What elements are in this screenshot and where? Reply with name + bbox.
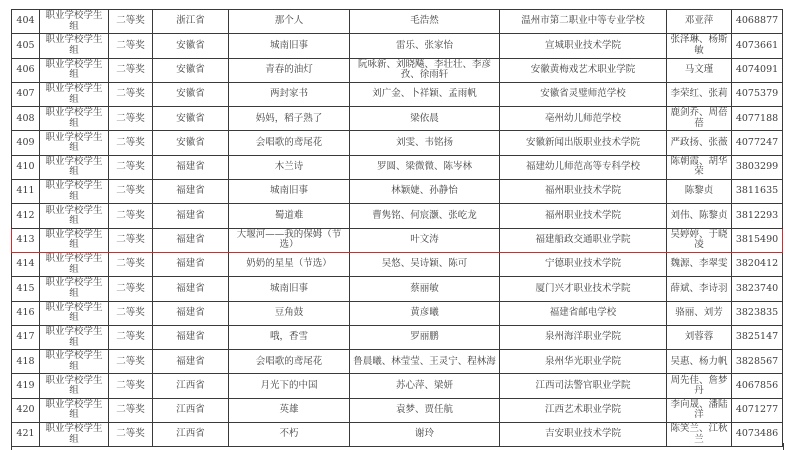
cell-award-grade: 二等奖	[109, 34, 153, 58]
cell-number: 417	[12, 325, 40, 349]
cell-award-grade: 二等奖	[109, 82, 153, 106]
cell-work-title: 豆角鼓	[229, 301, 350, 325]
cell-authors: 雷乐、张家怡	[350, 34, 500, 58]
cell-school: 江西司法警官职业学院	[500, 374, 667, 398]
cell-school: 福建幼儿师范高等专科学校	[500, 155, 667, 179]
table-body: 404 职业学校学生组 二等奖 浙江省 那个人 毛浩然 温州市第二职业中等专业学…	[12, 10, 783, 447]
cell-award-grade: 二等奖	[109, 398, 153, 422]
cell-authors: 林颖婕、孙静怡	[350, 180, 500, 204]
cell-award-grade: 二等奖	[109, 350, 153, 374]
cell-work-id: 4077188	[732, 107, 783, 131]
cell-number: 415	[12, 277, 40, 301]
cell-authors: 苏心萍、梁妍	[350, 374, 500, 398]
cell-authors: 罗丽鹏	[350, 325, 500, 349]
table-row: 419 职业学校学生组 二等奖 江西省 月光下的中国 苏心萍、梁妍 江西司法警官…	[12, 374, 783, 398]
table-row: 408 职业学校学生组 二等奖 安徽省 妈妈，稻子熟了 梁依晨 亳州幼儿师范学校…	[12, 107, 783, 131]
cell-work-id: 3820412	[732, 252, 783, 276]
cell-teachers: 魏源、李翠雯	[667, 252, 732, 276]
cell-province: 安徽省	[153, 34, 229, 58]
cell-number: 405	[12, 34, 40, 58]
cell-work-id: 4075379	[732, 82, 783, 106]
table-row: 417 职业学校学生组 二等奖 福建省 哦，香雪 罗丽鹏 泉州海洋职业学院 刘蓉…	[12, 325, 783, 349]
table-row: 414 职业学校学生组 二等奖 福建省 奶奶的星星（节选） 吴悠、吴诗颖、陈可 …	[12, 252, 783, 276]
cell-school: 泉州华光职业学院	[500, 350, 667, 374]
cell-teachers: 邓亚萍	[667, 10, 732, 34]
cell-number: 409	[12, 131, 40, 155]
cell-work-id: 3803299	[732, 155, 783, 179]
cell-number: 408	[12, 107, 40, 131]
cell-group: 职业学校学生组	[40, 277, 109, 301]
cell-group: 职业学校学生组	[40, 58, 109, 82]
cell-work-id: 3828567	[732, 350, 783, 374]
cell-teachers: 骆丽、刘芳	[667, 301, 732, 325]
cell-group: 职业学校学生组	[40, 155, 109, 179]
cell-award-grade: 二等奖	[109, 228, 153, 252]
cell-teachers: 李荣红、张莉	[667, 82, 732, 106]
cell-province: 福建省	[153, 228, 229, 252]
cell-group: 职业学校学生组	[40, 82, 109, 106]
cell-teachers: 严政扬、张薇	[667, 131, 732, 155]
next-row-fragment	[11, 443, 784, 450]
cell-authors: 吴悠、吴诗颖、陈可	[350, 252, 500, 276]
table-row-highlighted: 413 职业学校学生组 二等奖 福建省 大堰河——我的保姆（节选） 叶文涛 福建…	[12, 228, 783, 252]
cell-teachers: 薛斌、李诗羽	[667, 277, 732, 301]
cell-award-grade: 二等奖	[109, 107, 153, 131]
cell-school: 安徽黄梅戏艺术职业学院	[500, 58, 667, 82]
cell-teachers: 鹿剑乔、周蓓蓓	[667, 107, 732, 131]
document-page: 404 职业学校学生组 二等奖 浙江省 那个人 毛浩然 温州市第二职业中等专业学…	[0, 0, 799, 450]
cell-work-title: 英雄	[229, 398, 350, 422]
cell-province: 江西省	[153, 374, 229, 398]
cell-work-title: 青春的油灯	[229, 58, 350, 82]
cell-work-id: 4077247	[732, 131, 783, 155]
cell-teachers: 马文瑾	[667, 58, 732, 82]
cell-province: 浙江省	[153, 10, 229, 34]
cell-group: 职业学校学生组	[40, 252, 109, 276]
cell-province: 福建省	[153, 350, 229, 374]
cell-school: 福州职业技术学院	[500, 204, 667, 228]
cell-work-title: 妈妈，稻子熟了	[229, 107, 350, 131]
cell-number: 420	[12, 398, 40, 422]
cell-province: 安徽省	[153, 107, 229, 131]
cell-work-title: 奶奶的星星（节选）	[229, 252, 350, 276]
cell-authors: 阮咏新、刘晓飚、李壮壮、李彦孜、徐雨轩	[350, 58, 500, 82]
cell-province: 福建省	[153, 277, 229, 301]
cell-teachers: 李向晟、潘陆洋	[667, 398, 732, 422]
cell-teachers: 周先佳、詹梦丹	[667, 374, 732, 398]
cell-school: 安徽新闻出版职业技术学院	[500, 131, 667, 155]
cell-school: 江西艺术职业学院	[500, 398, 667, 422]
cell-work-title: 蜀道难	[229, 204, 350, 228]
table-row: 409 职业学校学生组 二等奖 安徽省 会唱歌的鸢尾花 刘雯、韦铭扬 安徽新闻出…	[12, 131, 783, 155]
cell-award-grade: 二等奖	[109, 252, 153, 276]
cell-number: 406	[12, 58, 40, 82]
cell-work-id: 4067856	[732, 374, 783, 398]
table-row: 416 职业学校学生组 二等奖 福建省 豆角鼓 黄彦曦 福建省邮电学校 骆丽、刘…	[12, 301, 783, 325]
cell-group: 职业学校学生组	[40, 228, 109, 252]
cell-number: 419	[12, 374, 40, 398]
cell-group: 职业学校学生组	[40, 10, 109, 34]
cell-school: 亳州幼儿师范学校	[500, 107, 667, 131]
cell-authors: 刘广金、卜祥颖、孟雨帆	[350, 82, 500, 106]
cell-number: 413	[12, 228, 40, 252]
cell-number: 418	[12, 350, 40, 374]
cell-work-title: 大堰河——我的保姆（节选）	[229, 228, 350, 252]
cell-work-id: 4071277	[732, 398, 783, 422]
cell-authors: 鲁晨曦、林莹莹、王灵宁、程林海	[350, 350, 500, 374]
cell-group: 职业学校学生组	[40, 301, 109, 325]
awards-table: 404 职业学校学生组 二等奖 浙江省 那个人 毛浩然 温州市第二职业中等专业学…	[11, 9, 783, 447]
table-row: 407 职业学校学生组 二等奖 安徽省 两封家书 刘广金、卜祥颖、孟雨帆 安徽省…	[12, 82, 783, 106]
cell-province: 安徽省	[153, 58, 229, 82]
cell-work-id: 4073661	[732, 34, 783, 58]
cell-province: 福建省	[153, 325, 229, 349]
cell-work-title: 城南旧事	[229, 180, 350, 204]
cell-teachers: 张泽琳、杨斯敏	[667, 34, 732, 58]
cell-province: 福建省	[153, 301, 229, 325]
cell-award-grade: 二等奖	[109, 204, 153, 228]
table-row: 406 职业学校学生组 二等奖 安徽省 青春的油灯 阮咏新、刘晓飚、李壮壮、李彦…	[12, 58, 783, 82]
table-row: 415 职业学校学生组 二等奖 福建省 城南旧事 蔡丽敏 厦门兴才职业技术学院 …	[12, 277, 783, 301]
cell-number: 412	[12, 204, 40, 228]
cell-teachers: 吴惠、杨力帆	[667, 350, 732, 374]
cell-work-title: 月光下的中国	[229, 374, 350, 398]
cell-work-id: 3815490	[732, 228, 783, 252]
cell-school: 厦门兴才职业技术学院	[500, 277, 667, 301]
table-row: 418 职业学校学生组 二等奖 福建省 会唱歌的鸢尾花 鲁晨曦、林莹莹、王灵宁、…	[12, 350, 783, 374]
cell-province: 福建省	[153, 252, 229, 276]
cell-school: 宣城职业技术学院	[500, 34, 667, 58]
cell-work-title: 城南旧事	[229, 34, 350, 58]
cell-work-id: 3823835	[732, 301, 783, 325]
cell-group: 职业学校学生组	[40, 131, 109, 155]
cell-number: 414	[12, 252, 40, 276]
cell-work-id: 3823740	[732, 277, 783, 301]
cell-work-title: 哦，香雪	[229, 325, 350, 349]
cell-group: 职业学校学生组	[40, 107, 109, 131]
cell-award-grade: 二等奖	[109, 325, 153, 349]
cell-group: 职业学校学生组	[40, 350, 109, 374]
cell-teachers: 刘伟、陈黎贞	[667, 204, 732, 228]
cell-group: 职业学校学生组	[40, 34, 109, 58]
cell-province: 安徽省	[153, 82, 229, 106]
cell-work-title: 那个人	[229, 10, 350, 34]
cell-teachers: 刘蓉蓉	[667, 325, 732, 349]
cell-work-id: 3812293	[732, 204, 783, 228]
cell-work-title: 城南旧事	[229, 277, 350, 301]
table-row: 410 职业学校学生组 二等奖 福建省 木兰诗 罗圆、梁微微、陈岑林 福建幼儿师…	[12, 155, 783, 179]
cell-number: 411	[12, 180, 40, 204]
cell-award-grade: 二等奖	[109, 58, 153, 82]
cell-award-grade: 二等奖	[109, 277, 153, 301]
cell-authors: 黄彦曦	[350, 301, 500, 325]
table-row: 420 职业学校学生组 二等奖 江西省 英雄 袁梦、贾任航 江西艺术职业学院 李…	[12, 398, 783, 422]
cell-award-grade: 二等奖	[109, 374, 153, 398]
cell-group: 职业学校学生组	[40, 374, 109, 398]
cell-authors: 刘雯、韦铭扬	[350, 131, 500, 155]
cell-school: 泉州海洋职业学院	[500, 325, 667, 349]
cell-number: 416	[12, 301, 40, 325]
cell-number: 407	[12, 82, 40, 106]
table-row: 405 职业学校学生组 二等奖 安徽省 城南旧事 雷乐、张家怡 宣城职业技术学院…	[12, 34, 783, 58]
cell-authors: 蔡丽敏	[350, 277, 500, 301]
cell-authors: 梁依晨	[350, 107, 500, 131]
cell-award-grade: 二等奖	[109, 155, 153, 179]
cell-number: 404	[12, 10, 40, 34]
cell-province: 福建省	[153, 204, 229, 228]
cell-province: 福建省	[153, 180, 229, 204]
table-row: 404 职业学校学生组 二等奖 浙江省 那个人 毛浩然 温州市第二职业中等专业学…	[12, 10, 783, 34]
cell-school: 福州职业技术学院	[500, 180, 667, 204]
cell-school: 福建船政交通职业学院	[500, 228, 667, 252]
cell-work-title: 两封家书	[229, 82, 350, 106]
cell-work-id: 4068877	[732, 10, 783, 34]
cell-school: 温州市第二职业中等专业学校	[500, 10, 667, 34]
cell-school: 宁德职业技术学院	[500, 252, 667, 276]
cell-group: 职业学校学生组	[40, 398, 109, 422]
cell-work-id: 3811635	[732, 180, 783, 204]
cell-authors: 袁梦、贾任航	[350, 398, 500, 422]
cell-group: 职业学校学生组	[40, 180, 109, 204]
cell-work-id: 4074091	[732, 58, 783, 82]
cell-work-title: 木兰诗	[229, 155, 350, 179]
cell-authors: 叶文涛	[350, 228, 500, 252]
cell-group: 职业学校学生组	[40, 204, 109, 228]
cell-work-title: 会唱歌的鸢尾花	[229, 350, 350, 374]
table-row: 412 职业学校学生组 二等奖 福建省 蜀道难 曹隽铭、何宸灏、张屹龙 福州职业…	[12, 204, 783, 228]
cell-number: 410	[12, 155, 40, 179]
cell-authors: 毛浩然	[350, 10, 500, 34]
cell-award-grade: 二等奖	[109, 301, 153, 325]
cell-teachers: 陈黎贞	[667, 180, 732, 204]
cell-province: 安徽省	[153, 131, 229, 155]
cell-province: 福建省	[153, 155, 229, 179]
cell-province: 江西省	[153, 398, 229, 422]
cell-teachers: 吴婷婷、于晓凌	[667, 228, 732, 252]
cell-award-grade: 二等奖	[109, 131, 153, 155]
cell-school: 安徽省灵璧师范学校	[500, 82, 667, 106]
cell-teachers: 陈朝霞、胡华荣	[667, 155, 732, 179]
cell-work-title: 会唱歌的鸢尾花	[229, 131, 350, 155]
cell-school: 福建省邮电学校	[500, 301, 667, 325]
cell-award-grade: 二等奖	[109, 180, 153, 204]
table-row: 411 职业学校学生组 二等奖 福建省 城南旧事 林颖婕、孙静怡 福州职业技术学…	[12, 180, 783, 204]
cell-award-grade: 二等奖	[109, 10, 153, 34]
cell-work-id: 3825147	[732, 325, 783, 349]
cell-authors: 曹隽铭、何宸灏、张屹龙	[350, 204, 500, 228]
cell-group: 职业学校学生组	[40, 325, 109, 349]
cell-authors: 罗圆、梁微微、陈岑林	[350, 155, 500, 179]
